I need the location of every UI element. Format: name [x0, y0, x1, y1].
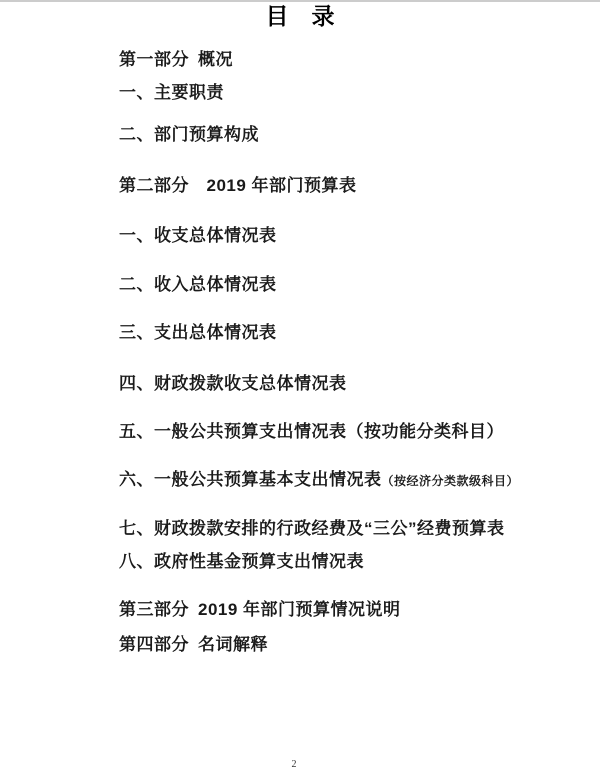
- page-number: 2: [0, 758, 588, 772]
- top-border: [0, 0, 600, 2]
- toc-part2-item-6-text: 六、一般公共预算基本支出情况表: [119, 470, 382, 489]
- page-title: 目 录: [0, 3, 600, 31]
- toc-part2-item-2: 二、收入总体情况表: [119, 274, 277, 296]
- document-page: 目 录 第一部分 概况 一、主要职责 二、部门预算构成 第二部分 2019 年部…: [0, 0, 600, 775]
- toc-part2-item-8: 八、政府性基金预算支出情况表: [119, 551, 364, 573]
- toc-part1-item-2: 二、部门预算构成: [119, 124, 259, 146]
- toc-part2-item-1: 一、收支总体情况表: [119, 225, 277, 247]
- toc-part2-item-6-note: （按经济分类款级科目）: [382, 474, 520, 488]
- toc-part1-item-1: 一、主要职责: [119, 82, 224, 104]
- toc-part4-heading: 第四部分 名词解释: [119, 634, 268, 656]
- toc-part1-heading: 第一部分 概况: [119, 49, 233, 71]
- toc-part2-heading: 第二部分 2019 年部门预算表: [119, 175, 357, 197]
- toc-part2-item-4: 四、财政拨款收支总体情况表: [119, 373, 347, 395]
- toc-part3-heading: 第三部分 2019 年部门预算情况说明: [119, 599, 401, 621]
- toc-part2-item-3: 三、支出总体情况表: [119, 322, 277, 344]
- toc-part2-item-5: 五、一般公共预算支出情况表（按功能分类科目）: [119, 421, 504, 443]
- toc-part2-item-6: 六、一般公共预算基本支出情况表（按经济分类款级科目）: [119, 469, 519, 492]
- toc-part2-item-7: 七、财政拨款安排的行政经费及“三公”经费预算表: [119, 518, 505, 540]
